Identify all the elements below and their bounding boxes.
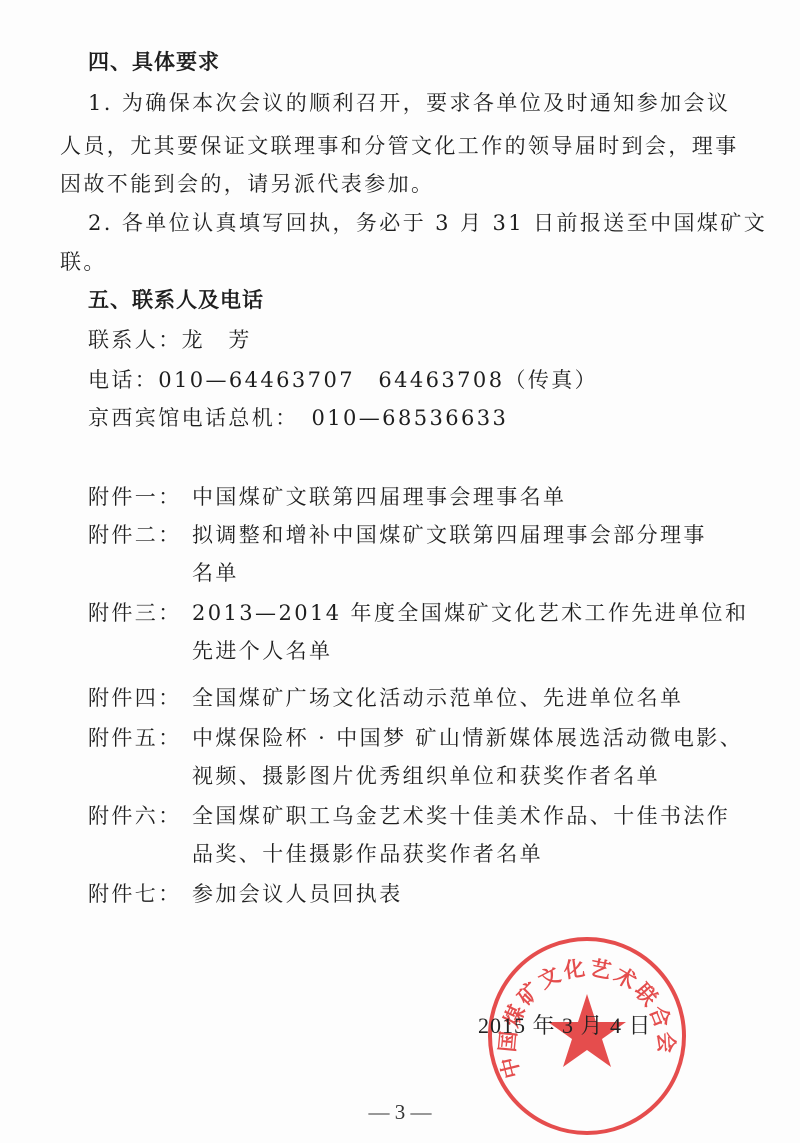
attachment-item: 附件三：2013—2014 年度全国煤矿文化艺术工作先进单位和 [88, 600, 748, 626]
attachment-item: 附件二：拟调整和增补中国煤矿文联第四届理事会部分理事 [88, 522, 707, 548]
attachment-label: 附件三： [88, 600, 192, 626]
attachment-continuation: 品奖、十佳摄影作品获奖作者名单 [192, 841, 543, 867]
document-date: 2015 年 3 月 4 日 [478, 1009, 652, 1040]
attachment-text: 拟调整和增补中国煤矿文联第四届理事会部分理事 [192, 523, 707, 547]
attachment-text: 2013—2014 年度全国煤矿文化艺术工作先进单位和 [192, 601, 748, 625]
attachment-label: 附件二： [88, 522, 192, 548]
attachment-label: 附件一： [88, 484, 192, 510]
attachment-item: 附件一：中国煤矿文联第四届理事会理事名单 [88, 484, 566, 510]
paragraph-1-line-3: 因故不能到会的，请另派代表参加。 [60, 171, 434, 197]
contact-phone: 电话：010—64463707 64463708（传真） [88, 367, 598, 393]
paragraph-1-line-1: 1. 为确保本次会议的顺利召开，要求各单位及时通知参加会议 [88, 90, 730, 116]
attachment-item: 附件四：全国煤矿广场文化活动示范单位、先进单位名单 [88, 685, 683, 711]
attachment-item: 附件五：中煤保险杯 · 中国梦 矿山情新媒体展选活动微电影、 [88, 725, 743, 751]
attachment-label: 附件四： [88, 685, 192, 711]
page-number: — 3 — [0, 1100, 800, 1125]
section-heading-requirements: 四、具体要求 [88, 49, 220, 75]
attachment-label: 附件五： [88, 725, 192, 751]
attachment-text: 全国煤矿广场文化活动示范单位、先进单位名单 [192, 686, 683, 710]
attachment-continuation: 视频、摄影图片优秀组织单位和获奖作者名单 [192, 763, 660, 789]
paragraph-2-line-1: 2. 各单位认真填写回执，务必于 3 月 31 日前报送至中国煤矿文 [88, 210, 767, 236]
attachment-text: 中国煤矿文联第四届理事会理事名单 [192, 485, 566, 509]
attachment-text: 中煤保险杯 · 中国梦 矿山情新媒体展选活动微电影、 [192, 726, 743, 750]
contact-person: 联系人：龙 芳 [88, 327, 252, 353]
attachment-item: 附件六：全国煤矿职工乌金艺术奖十佳美术作品、十佳书法作 [88, 803, 730, 829]
hotel-phone: 京西宾馆电话总机： 010—68536633 [88, 405, 508, 431]
attachment-text: 全国煤矿职工乌金艺术奖十佳美术作品、十佳书法作 [192, 804, 730, 828]
attachment-continuation: 名单 [192, 560, 239, 586]
attachment-text: 参加会议人员回执表 [192, 882, 403, 906]
section-heading-contacts: 五、联系人及电话 [88, 287, 264, 313]
paragraph-2-line-2: 联。 [60, 249, 107, 275]
attachment-label: 附件七： [88, 881, 192, 907]
paragraph-1-line-2: 人员，尤其要保证文联理事和分管文化工作的领导届时到会，理事 [60, 133, 739, 159]
attachment-item: 附件七：参加会议人员回执表 [88, 881, 403, 907]
attachment-continuation: 先进个人名单 [192, 638, 332, 664]
attachment-label: 附件六： [88, 803, 192, 829]
